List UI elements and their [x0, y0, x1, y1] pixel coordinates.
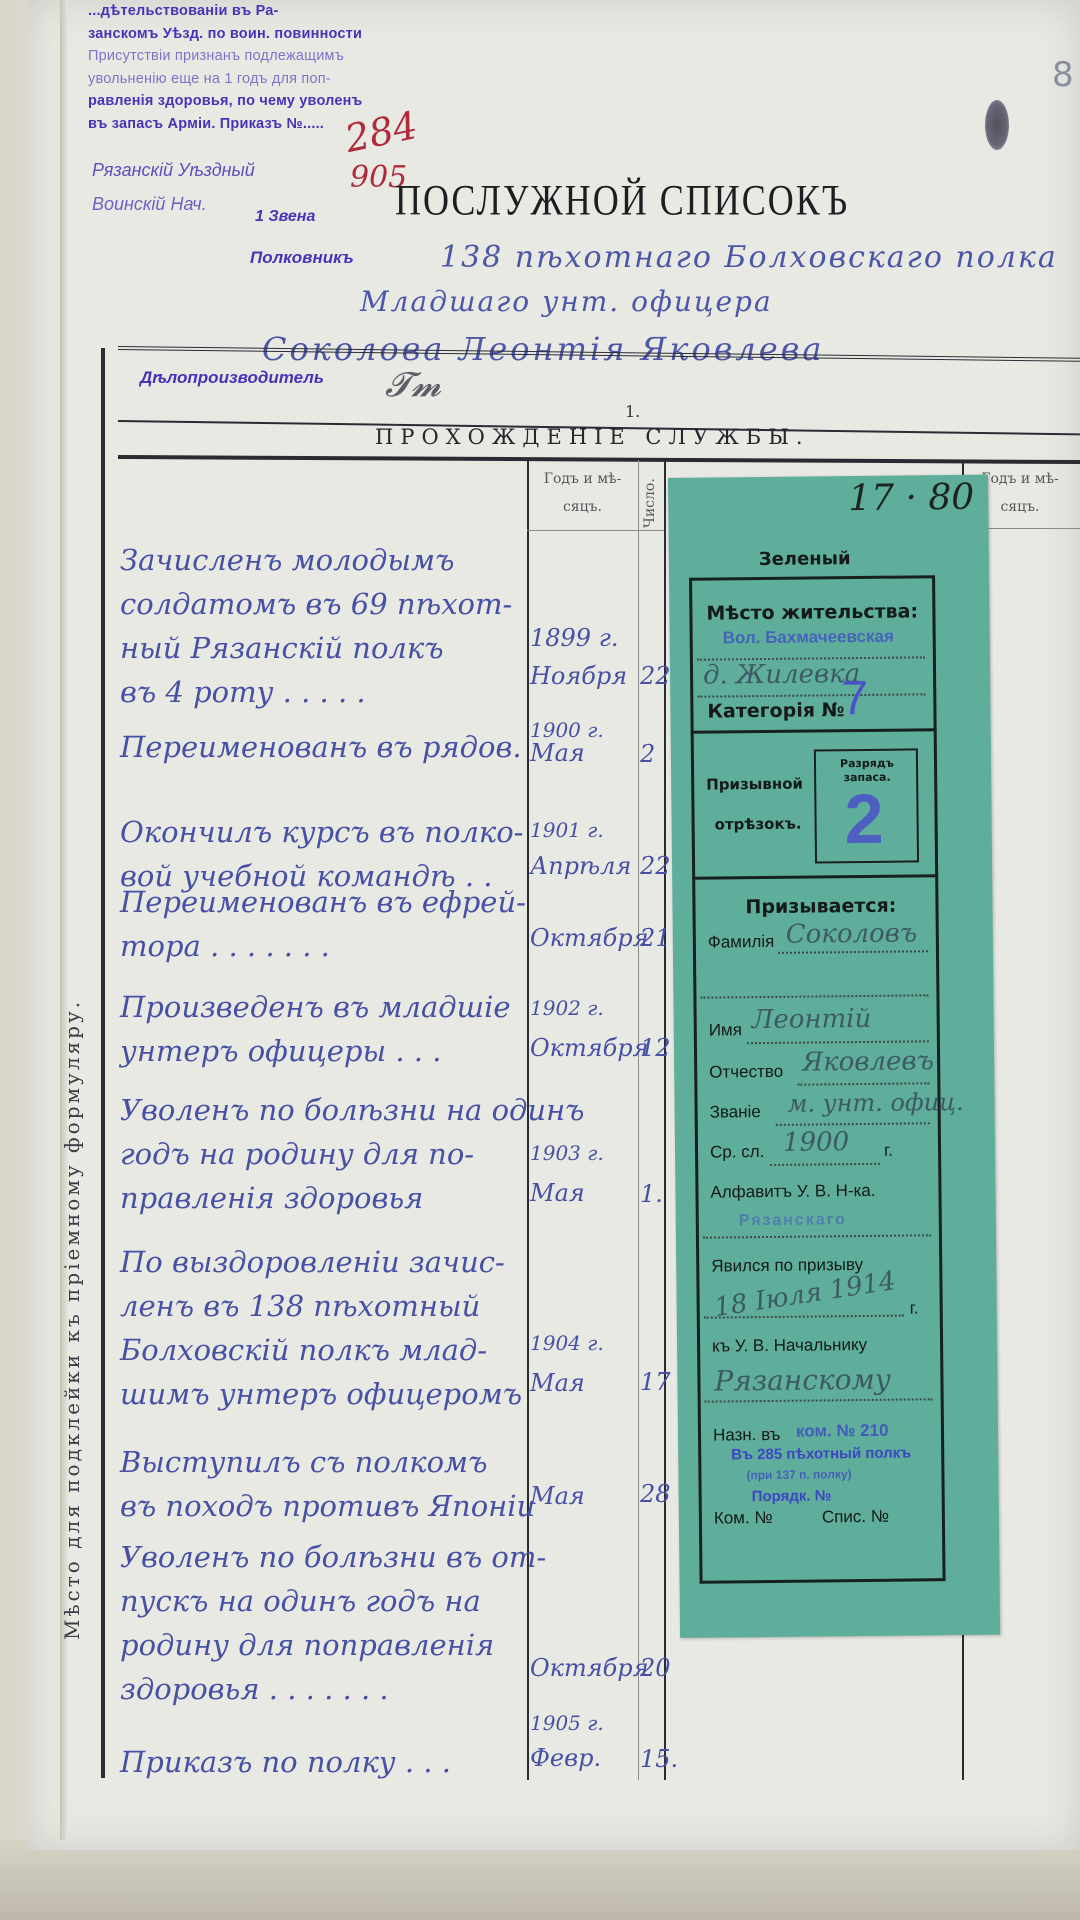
- document-title: ПОСЛУЖНОЙ СПИСОКЪ: [395, 175, 849, 225]
- section-number: 1.: [625, 402, 640, 421]
- page-number: 8: [1052, 55, 1074, 95]
- entry-line: Уволенъ по болѣзни на одинъ: [120, 1088, 585, 1132]
- entry-year: 1905 г.: [530, 1705, 604, 1741]
- entry-month: Октября: [530, 1030, 649, 1066]
- chief-label: къ У. В. Начальнику: [712, 1335, 867, 1357]
- green-draft-card: 17 · 80 Зеленый Мѣсто жительства: Вол. Б…: [668, 475, 1000, 1638]
- entry-line: ленъ въ 138 пѣхотный: [120, 1284, 522, 1328]
- dotted-line: [700, 994, 928, 998]
- entry-year: 1904 г.: [530, 1325, 604, 1361]
- entry-line: годъ на родину для по-: [120, 1132, 585, 1176]
- entry-month: Мая: [530, 1478, 585, 1514]
- surname-value: Соколовъ: [786, 918, 918, 949]
- entry-day: 21: [640, 924, 671, 952]
- entry-line: Переименованъ въ рядов.: [120, 725, 522, 769]
- assign-stamp-4: Порядк. №: [752, 1487, 832, 1505]
- residence-handwritten: д. Жилевка: [703, 659, 860, 691]
- service-entry: Произведенъ въ младшіе унтеръ офицеры . …: [120, 985, 511, 1073]
- alphabet-label: Алфавитъ У. В. Н-ка.: [710, 1181, 875, 1203]
- surname-label: Фамилія: [708, 932, 775, 953]
- entry-line: Произведенъ въ младшіе: [120, 985, 511, 1029]
- rank-label: Званіе: [710, 1102, 761, 1123]
- entry-year: 1899 г.: [530, 620, 618, 656]
- stamp-line: увольненію еще на 1 годъ для поп-: [88, 68, 428, 91]
- entry-month: Апрѣля: [530, 848, 631, 884]
- entry-line: въ походъ противъ Японіи: [120, 1484, 535, 1528]
- patronymic-value: Яковлевъ: [802, 1046, 934, 1077]
- stamp-uyezd: Рязанскій Уѣздный: [92, 160, 255, 181]
- name-value: Леонтій: [752, 1004, 872, 1035]
- entry-year: 1903 г.: [530, 1135, 604, 1171]
- frame-left-rule: [101, 348, 105, 1778]
- alphabet-stamp: Рязанскаго: [739, 1211, 847, 1230]
- column-rule-right: [664, 460, 666, 1780]
- residence-stamp: Вол. Бахмачеевская: [723, 627, 894, 649]
- entry-line: правленія здоровья: [120, 1176, 585, 1220]
- rank-value: м. унт. офиц.: [787, 1088, 963, 1118]
- service-value: 1900: [783, 1127, 849, 1158]
- entry-month: Октября: [530, 920, 649, 956]
- dotted-line: [797, 1082, 929, 1085]
- stamp-colonel: Полковникъ: [250, 248, 354, 268]
- service-entry: Приказъ по полку . . .: [120, 1740, 451, 1784]
- entry-day: 22: [640, 662, 671, 690]
- entry-line: Болховскій полкъ млад-: [120, 1328, 522, 1372]
- service-entry: Зачисленъ молодымъ солдатомъ въ 69 пѣхот…: [120, 538, 512, 714]
- service-suffix: г.: [884, 1141, 893, 1161]
- entry-month: Мая: [530, 1365, 585, 1401]
- entry-day: 28: [640, 1480, 671, 1508]
- dotted-line: [747, 1040, 929, 1044]
- dotted-line: [776, 1122, 930, 1126]
- category-label: Категорія №: [707, 699, 844, 722]
- service-entry: Переименованъ въ ефрей- тора . . . . . .…: [120, 880, 526, 968]
- service-entry: Уволенъ по болѣзни на одинъ годъ на роди…: [120, 1088, 585, 1220]
- entry-year: 1901 г.: [530, 812, 604, 848]
- stamp-voinsky: Воинскій Нач.: [92, 194, 207, 215]
- draft-label-2: отрѣзокъ.: [715, 815, 802, 834]
- entry-year: 1902 г.: [530, 990, 604, 1026]
- entry-month: Ноября: [530, 658, 627, 694]
- entry-line: Переименованъ въ ефрей-: [120, 880, 526, 924]
- entry-month: Февр.: [530, 1740, 601, 1776]
- ink-blot: [985, 100, 1009, 150]
- entry-day: 2: [640, 740, 655, 768]
- section-title: ПРОХОЖДЕНІЕ СЛУЖБЫ.: [375, 425, 810, 449]
- service-entry: Выступилъ съ полкомъ въ походъ противъ Я…: [120, 1440, 535, 1528]
- entry-line: родину для поправленія: [120, 1623, 546, 1667]
- clerk-signature: 𝓣𝓶: [385, 365, 441, 405]
- column-header-year-month: Годъ и мѣ-сяцъ.: [530, 465, 635, 521]
- column-header-day: Число.: [642, 478, 658, 528]
- header-underline: [527, 530, 664, 531]
- entry-day: 20: [640, 1654, 671, 1682]
- entry-line: унтеръ офицеры . . .: [120, 1029, 511, 1073]
- reserve-value: 2: [844, 779, 884, 859]
- draft-label-1: Призывной: [706, 775, 803, 794]
- entry-line: солдатомъ въ 69 пѣхот-: [120, 582, 512, 626]
- column-rule-day: [638, 460, 639, 1780]
- called-label: Призывается:: [745, 895, 896, 919]
- entry-day: 12: [640, 1034, 671, 1062]
- entry-line: Окончилъ курсъ въ полко-: [120, 810, 523, 854]
- entry-line: ный Рязанскій полкъ: [120, 626, 512, 670]
- card-divider: [692, 874, 938, 880]
- com-label: Ком. №: [714, 1508, 773, 1529]
- entry-day: 17: [640, 1368, 671, 1396]
- stamp-line: Присутствіи признанъ подлежащимъ: [88, 45, 428, 68]
- service-label: Ср. сл.: [710, 1142, 765, 1163]
- card-divider: [691, 728, 937, 734]
- dotted-line: [778, 950, 928, 954]
- side-margin-label: Мѣсто для подклейки къ пріемному формуля…: [60, 999, 84, 1640]
- entry-line: Приказъ по полку . . .: [120, 1740, 451, 1784]
- card-color-label: Зеленый: [759, 548, 851, 570]
- rank-line: Младшаго унт. офицера: [360, 285, 773, 318]
- stamp-line: равленія здоровья, по чему уволенъ: [88, 90, 428, 113]
- entry-line: тора . . . . . . .: [120, 924, 526, 968]
- entry-line: пускъ на одинъ годъ на: [120, 1579, 546, 1623]
- card-corner-numbers: 17 · 80: [848, 477, 974, 519]
- dotted-line: [697, 693, 925, 697]
- chief-value: Рязанскому: [714, 1363, 891, 1398]
- appeared-suffix: г.: [910, 1298, 919, 1318]
- entry-line: Уволенъ по болѣзни въ от-: [120, 1535, 546, 1579]
- service-entry: По выздоровленіи зачис- ленъ въ 138 пѣхо…: [120, 1240, 522, 1416]
- residence-label: Мѣсто жительства:: [706, 600, 918, 624]
- entry-day: 22: [640, 852, 671, 880]
- clerk-stamp: Дѣлопроизводитель: [140, 368, 324, 388]
- entry-line: По выздоровленіи зачис-: [120, 1240, 522, 1284]
- entry-line: Выступилъ съ полкомъ: [120, 1440, 535, 1484]
- dotted-line: [770, 1163, 880, 1166]
- entry-month: Мая: [530, 735, 585, 771]
- stamp-line: занскомъ Уѣзд. по воин. повинности: [88, 23, 428, 46]
- reserve-category-box: Разрядъ запаса. 2: [814, 748, 919, 863]
- assign-stamp-3: (при 137 п. полку): [746, 1467, 851, 1482]
- assign-label: Назн. въ: [713, 1425, 780, 1446]
- background-bottom: [0, 1840, 1080, 1920]
- category-value: 7: [841, 671, 868, 726]
- entry-line: Зачисленъ молодымъ: [120, 538, 512, 582]
- service-entry: Уволенъ по болѣзни въ от- пускъ на одинъ…: [120, 1535, 546, 1711]
- assign-stamp-2: Въ 285 пѣхотный полкъ: [731, 1445, 911, 1464]
- entry-line: въ 4 роту . . . . .: [120, 670, 512, 714]
- entry-line: шимъ унтеръ офицеромъ: [120, 1372, 522, 1416]
- entry-day: 15.: [640, 1745, 678, 1773]
- card-inner-frame: Мѣсто жительства: Вол. Бахмачеевская д. …: [689, 575, 946, 1584]
- entry-day: 1.: [640, 1180, 663, 1208]
- assign-stamp-1: ком. № 210: [796, 1421, 889, 1442]
- stamp-line: ...дѣтельствованіи въ Ра-: [88, 0, 428, 23]
- dotted-line: [705, 1398, 933, 1402]
- service-entry: Переименованъ въ рядов.: [120, 725, 522, 769]
- entry-month: Мая: [530, 1175, 585, 1211]
- entry-line: здоровья . . . . . . .: [120, 1667, 546, 1711]
- regiment-name: 138 пѣхотнаго Болховскаго полка: [440, 240, 1058, 275]
- patronymic-label: Отчество: [709, 1062, 783, 1083]
- dotted-line: [703, 1234, 931, 1238]
- name-label: Имя: [709, 1020, 742, 1040]
- entry-month: Октября: [530, 1650, 649, 1686]
- list-label: Спис. №: [822, 1507, 889, 1528]
- stamp-zveno: 1 Звена: [255, 208, 315, 226]
